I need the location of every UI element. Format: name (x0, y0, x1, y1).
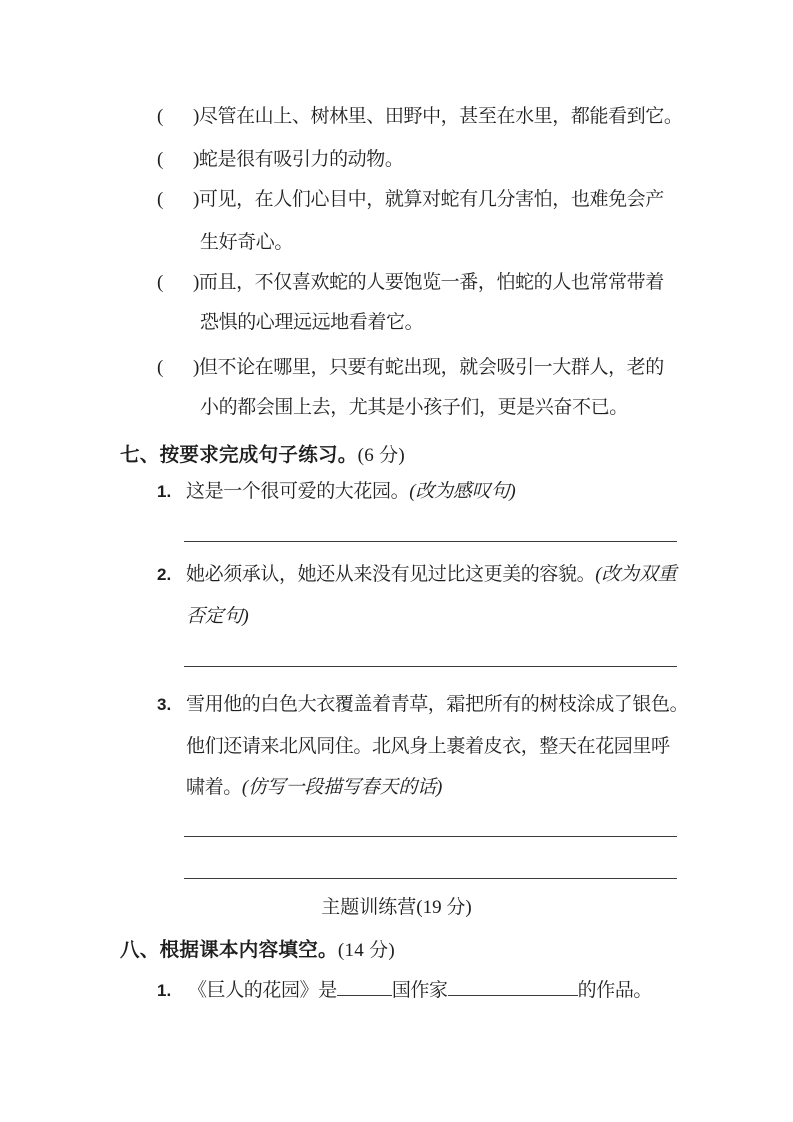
ordering-item-text: 但不论在哪里，只要有蛇出现，就会吸引一大群人，老的 (199, 357, 664, 378)
question-text: 《巨人的花园》是 (188, 980, 337, 1001)
section-seven-heading: 七、按要求完成句子练习。(6 分) (120, 442, 405, 469)
ordering-item: ()尽管在山上、树林里、田野中，甚至在水里，都能看到它。 (157, 104, 682, 130)
section-heading-text: 八、根据课本内容填空。 (120, 939, 338, 961)
ordering-item-text: 可见，在人们心目中，就算对蛇有几分害怕，也难免会产 (199, 189, 664, 210)
fill-in-blank (448, 977, 578, 996)
question-row-continuation: 啸着。(仿写一段描写春天的话) (186, 775, 442, 801)
ordering-item-continuation: 小的都会围上去，尤其是小孩子们，更是兴奋不已。 (200, 395, 628, 421)
question-text: 他们还请来北风同住。北风身上裹着皮衣，整天在花园里呼 (186, 736, 670, 757)
question-number: 1. (157, 978, 188, 1004)
ordering-item: ()但不论在哪里，只要有蛇出现，就会吸引一大群人，老的 (157, 355, 664, 381)
question-number: 3. (157, 692, 186, 718)
question-number: 1. (157, 479, 186, 505)
question-row: 3.雪用他的白色大衣覆盖着青草，霜把所有的树枝涂成了银色。 (157, 692, 688, 718)
ordering-item-continuation: 生好奇心。 (200, 230, 293, 256)
answer-line (184, 836, 677, 837)
question-number: 2. (157, 562, 186, 588)
question-row: 1.这是一个很可爱的大花园。(改为感叹句) (157, 479, 515, 505)
question-text: 这是一个很可爱的大花园。 (186, 481, 409, 502)
requirement-note: (改为感叹句) (409, 481, 515, 502)
ordering-item-text: 小的都会围上去，尤其是小孩子们，更是兴奋不已。 (200, 397, 628, 418)
question-row-continuation: 他们还请来北风同住。北风身上裹着皮衣，整天在花园里呼 (186, 734, 670, 760)
section-score: (6 分) (358, 445, 405, 466)
section-heading-text: 七、按要求完成句子练习。 (120, 444, 358, 466)
paren-open: ( (157, 270, 163, 296)
question-row: 2.她必须承认，她还从来没有见过比这更美的容貌。(改为双重 (157, 562, 677, 588)
ordering-item-text: 尽管在山上、树林里、田野中，甚至在水里，都能看到它。 (199, 106, 683, 127)
question-row: 1.《巨人的花园》是国作家的作品。 (157, 977, 652, 1004)
paren-open: ( (157, 104, 163, 130)
question-text: 国作家 (392, 980, 448, 1001)
paren-open: ( (157, 147, 163, 173)
question-text: 的作品。 (578, 980, 652, 1001)
section-score: (14 分) (338, 940, 395, 961)
answer-line (184, 541, 677, 542)
question-text: 她必须承认，她还从来没有见过比这更美的容貌。 (186, 564, 595, 585)
ordering-item-text: 蛇是很有吸引力的动物。 (199, 149, 404, 170)
question-text: 啸着。 (186, 777, 242, 798)
fill-in-blank (337, 977, 392, 996)
ordering-item-text: 而且，不仅喜欢蛇的人要饱览一番，怕蛇的人也常常带着 (199, 272, 664, 293)
theme-training-banner: 主题训练营(19 分) (0, 895, 793, 921)
section-eight-heading: 八、根据课本内容填空。(14 分) (120, 937, 395, 964)
answer-line (184, 878, 677, 879)
requirement-note: 否定句) (186, 606, 249, 627)
worksheet-page: ()尽管在山上、树林里、田野中，甚至在水里，都能看到它。 ()蛇是很有吸引力的动… (0, 0, 793, 1122)
paren-open: ( (157, 355, 163, 381)
ordering-item-text: 生好奇心。 (200, 232, 293, 253)
ordering-item: ()而且，不仅喜欢蛇的人要饱览一番，怕蛇的人也常常带着 (157, 270, 664, 296)
paren-open: ( (157, 187, 163, 213)
banner-text: 主题训练营(19 分) (321, 897, 471, 918)
requirement-note: (仿写一段描写春天的话) (242, 777, 442, 798)
requirement-note: (改为双重 (595, 564, 676, 585)
question-row-continuation: 否定句) (186, 604, 249, 630)
question-text: 雪用他的白色大衣覆盖着青草，霜把所有的树枝涂成了银色。 (186, 694, 688, 715)
ordering-item: ()可见，在人们心目中，就算对蛇有几分害怕，也难免会产 (157, 187, 664, 213)
answer-line (184, 666, 677, 667)
ordering-item: ()蛇是很有吸引力的动物。 (157, 147, 403, 173)
ordering-item-continuation: 恐惧的心理远远地看着它。 (200, 310, 423, 336)
ordering-item-text: 恐惧的心理远远地看着它。 (200, 312, 423, 333)
